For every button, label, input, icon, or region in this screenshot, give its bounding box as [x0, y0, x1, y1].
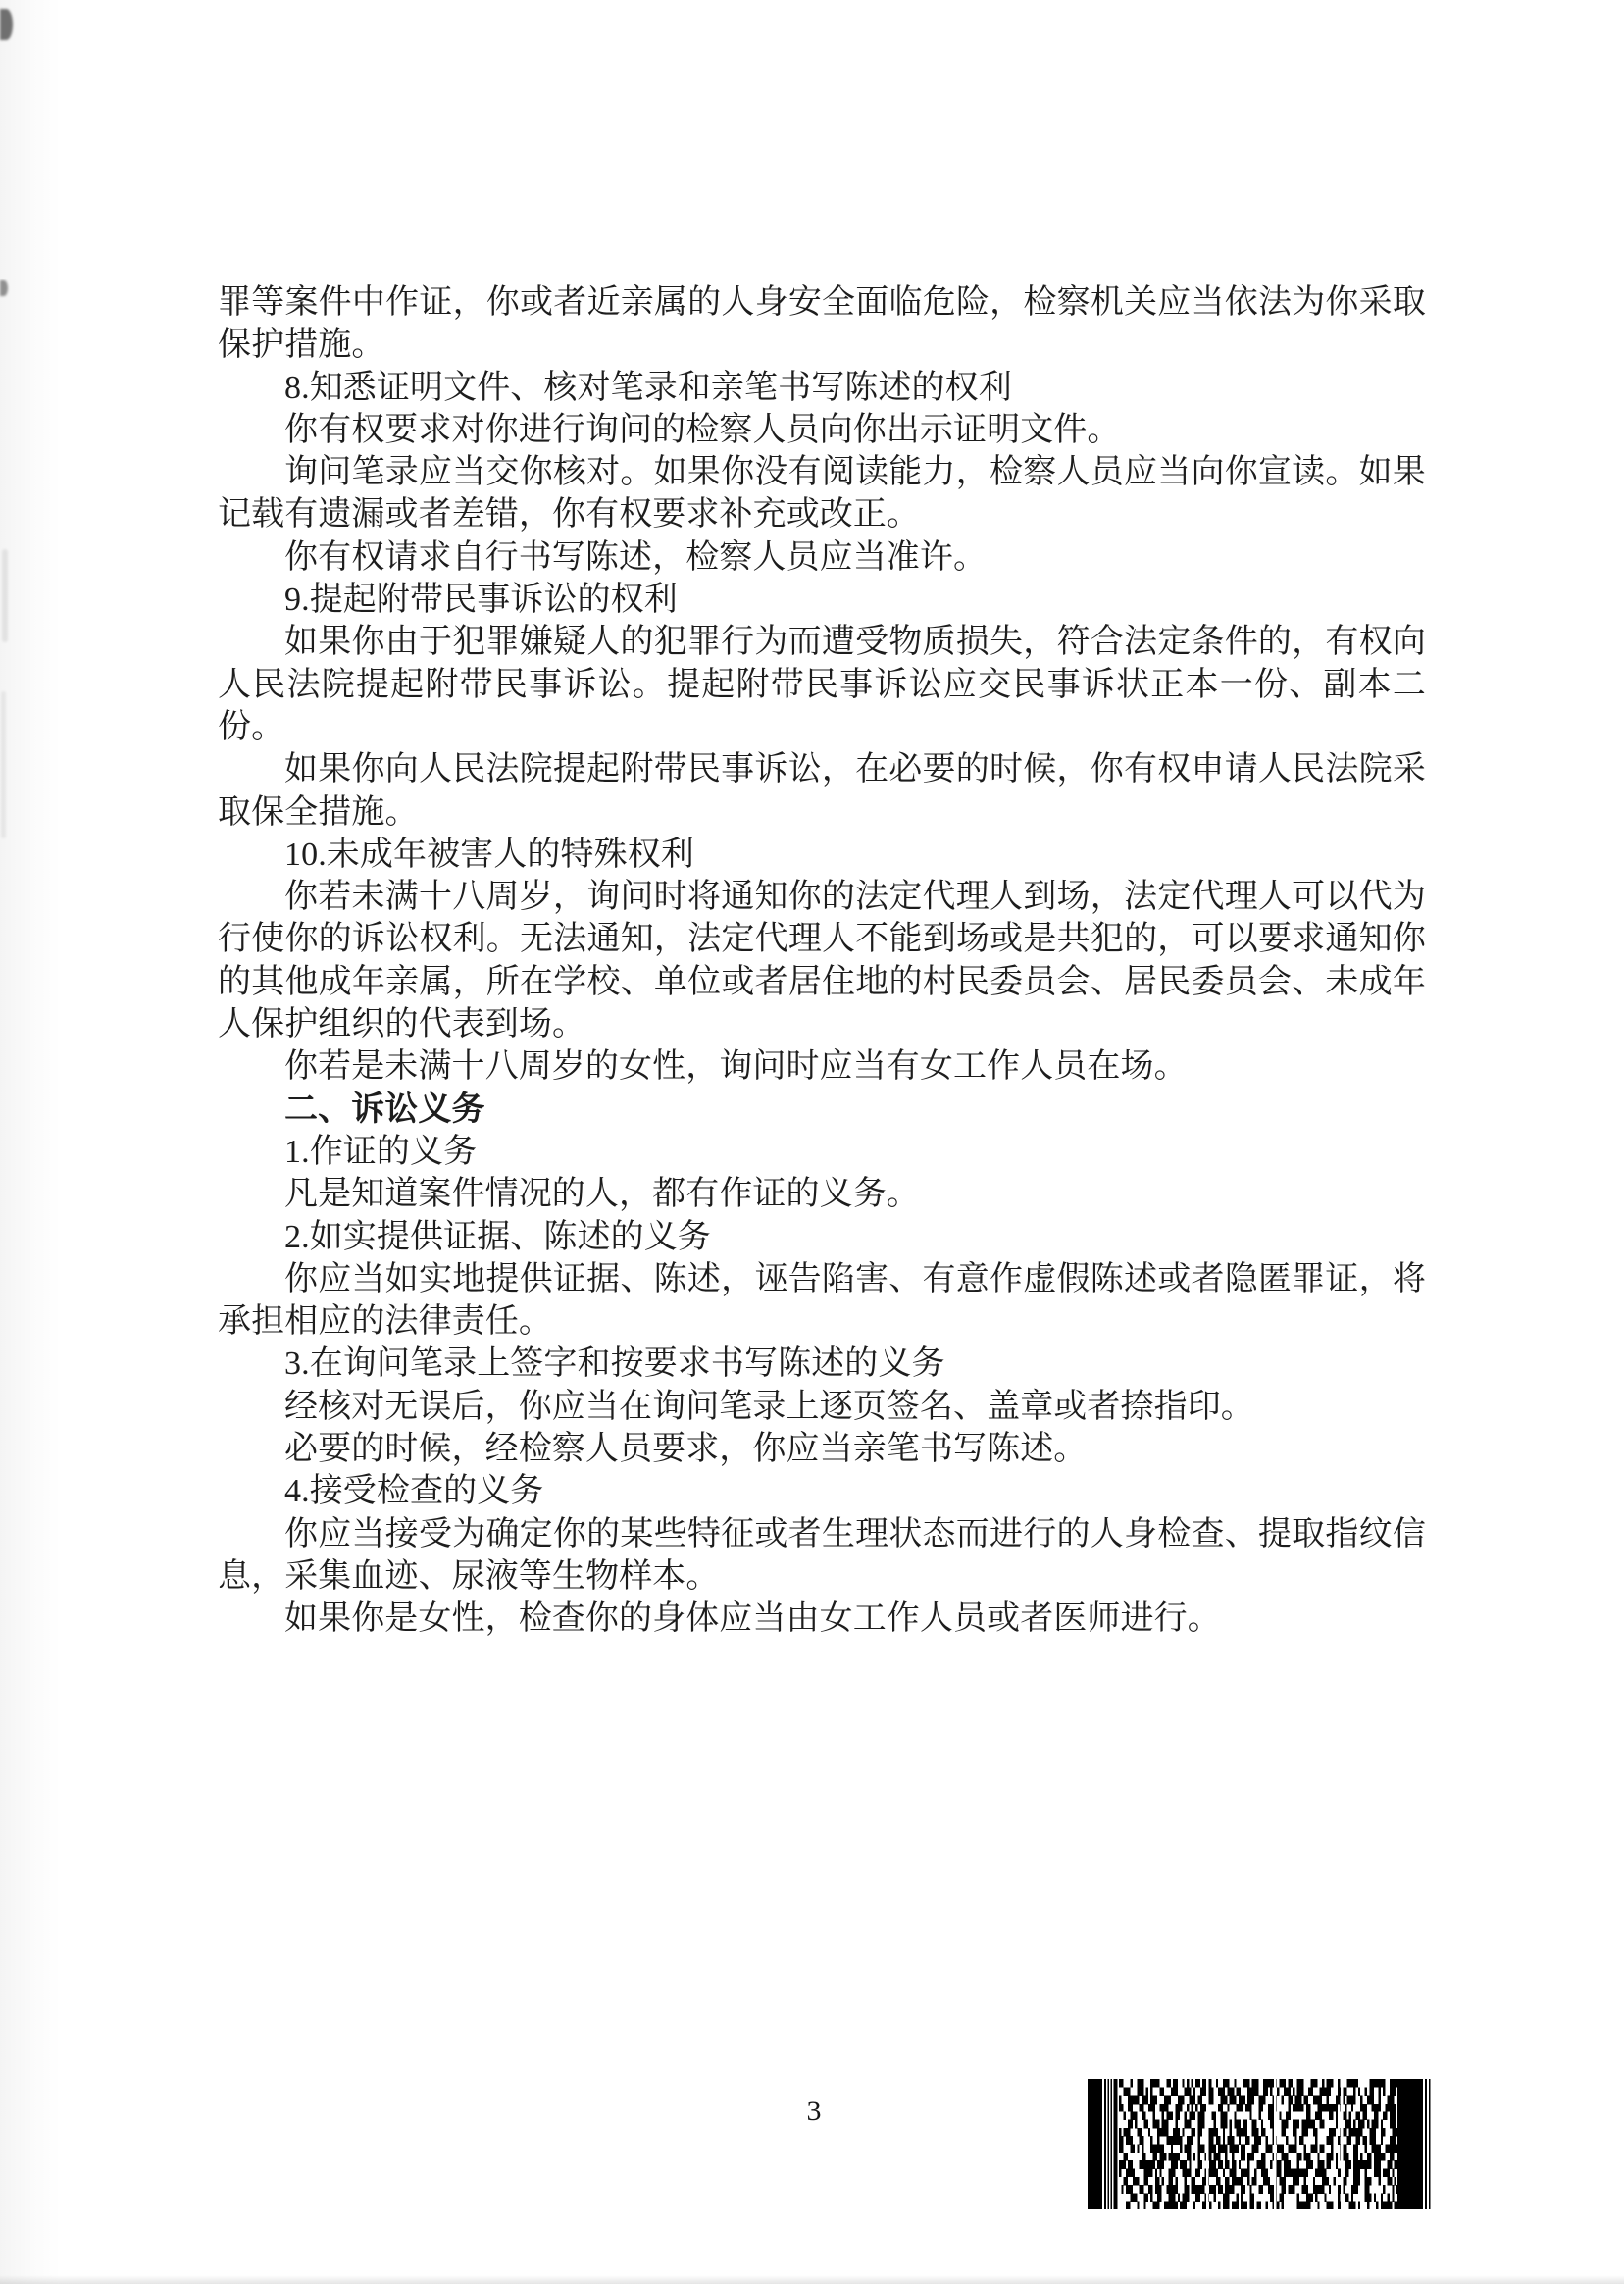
document-heading: 8.知悉证明文件、核对笔录和亲笔书写陈述的权利: [218, 367, 1426, 409]
document-paragraph: 你有权要求对你进行询问的检察人员向你出示证明文件。: [218, 409, 1426, 451]
pdf417-barcode: [1088, 2079, 1434, 2209]
document-paragraph: 你若未满十八周岁，询问时将通知你的法定代理人到场，法定代理人可以代为行使你的诉讼…: [218, 876, 1426, 1045]
document-heading: 4.接受检查的义务: [218, 1470, 1426, 1512]
document-text: 罪等案件中作证，你或者近亲属的人身安全面临危险，检察机关应当依法为你采取保护措施…: [218, 281, 1426, 1641]
document-heading: 10.未成年被害人的特殊权利: [218, 834, 1426, 876]
scan-smudge: [0, 9, 13, 40]
document-paragraph: 如果你向人民法院提起附带民事诉讼，在必要的时候，你有权申请人民法院采取保全措施。: [218, 748, 1426, 834]
document-paragraph: 你应当接受为确定你的某些特征或者生理状态而进行的人身检查、提取指纹信息，采集血迹…: [218, 1513, 1426, 1599]
document-heading: 2.如实提供证据、陈述的义务: [218, 1216, 1426, 1258]
scan-edge-artifact: [0, 2275, 1624, 2284]
document-paragraph: 凡是知道案件情况的人，都有作证的义务。: [218, 1173, 1426, 1215]
scanned-document-page: 罪等案件中作证，你或者近亲属的人身安全面临危险，检察机关应当依法为你采取保护措施…: [0, 0, 1624, 2284]
document-paragraph: 你若是未满十八周岁的女性，询问时应当有女工作人员在场。: [218, 1045, 1426, 1088]
document-paragraph: 如果你由于犯罪嫌疑人的犯罪行为而遭受物质损失，符合法定条件的，有权向人民法院提起…: [218, 621, 1426, 748]
scan-smudge: [2, 549, 8, 642]
document-heading: 二、诉讼义务: [218, 1089, 1426, 1131]
document-heading: 1.作证的义务: [218, 1131, 1426, 1173]
scan-edge-artifact: [0, 0, 61, 2284]
document-paragraph: 必要的时候，经检察人员要求，你应当亲笔书写陈述。: [218, 1428, 1426, 1470]
document-paragraph: 你应当如实地提供证据、陈述，诬告陷害、有意作虚假陈述或者隐匿罪证，将承担相应的法…: [218, 1258, 1426, 1344]
document-paragraph: 如果你是女性，检查你的身体应当由女工作人员或者医师进行。: [218, 1598, 1426, 1640]
scan-smudge: [0, 280, 8, 296]
scan-smudge: [1, 691, 6, 838]
document-paragraph: 罪等案件中作证，你或者近亲属的人身安全面临危险，检察机关应当依法为你采取保护措施…: [218, 281, 1426, 367]
document-heading: 3.在询问笔录上签字和按要求书写陈述的义务: [218, 1343, 1426, 1385]
document-heading: 9.提起附带民事诉讼的权利: [218, 579, 1426, 621]
document-paragraph: 询问笔录应当交你核对。如果你没有阅读能力，检察人员应当向你宣读。如果记载有遗漏或…: [218, 451, 1426, 536]
document-paragraph: 经核对无误后，你应当在询问笔录上逐页签名、盖章或者捺指印。: [218, 1386, 1426, 1428]
document-paragraph: 你有权请求自行书写陈述，检察人员应当准许。: [218, 536, 1426, 579]
